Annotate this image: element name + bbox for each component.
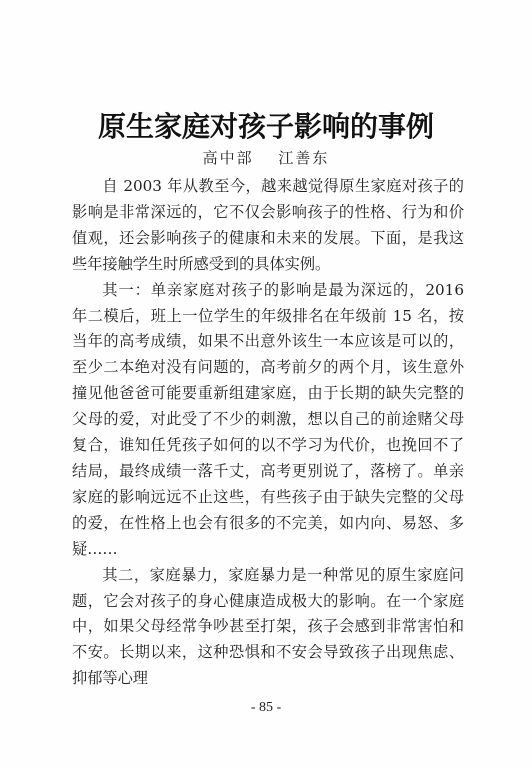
- document-body: 自 2003 年从教至今，越来越觉得原生家庭对孩子的影响是非常深远的，它不仅会影…: [72, 174, 464, 692]
- document-page: 原生家庭对孩子影响的事例 高中部 江善东 自 2003 年从教至今，越来越觉得原…: [0, 0, 532, 768]
- document-title: 原生家庭对孩子影响的事例: [0, 107, 532, 147]
- paragraph-example-one: 其一：单亲家庭对孩子的影响是最为深远的，2016 年二模后，班上一位学生的年级排…: [72, 278, 464, 563]
- author-department: 高中部: [203, 149, 254, 167]
- paragraph-example-two: 其二，家庭暴力，家庭暴力是一种常见的原生家庭问题，它会对孩子的身心健康造成极大的…: [72, 563, 464, 693]
- author-name: 江善东: [278, 149, 329, 167]
- page-number: - 85 -: [0, 698, 532, 718]
- paragraph-intro: 自 2003 年从教至今，越来越觉得原生家庭对孩子的影响是非常深远的，它不仅会影…: [72, 174, 464, 278]
- author-line: 高中部 江善东: [0, 146, 532, 170]
